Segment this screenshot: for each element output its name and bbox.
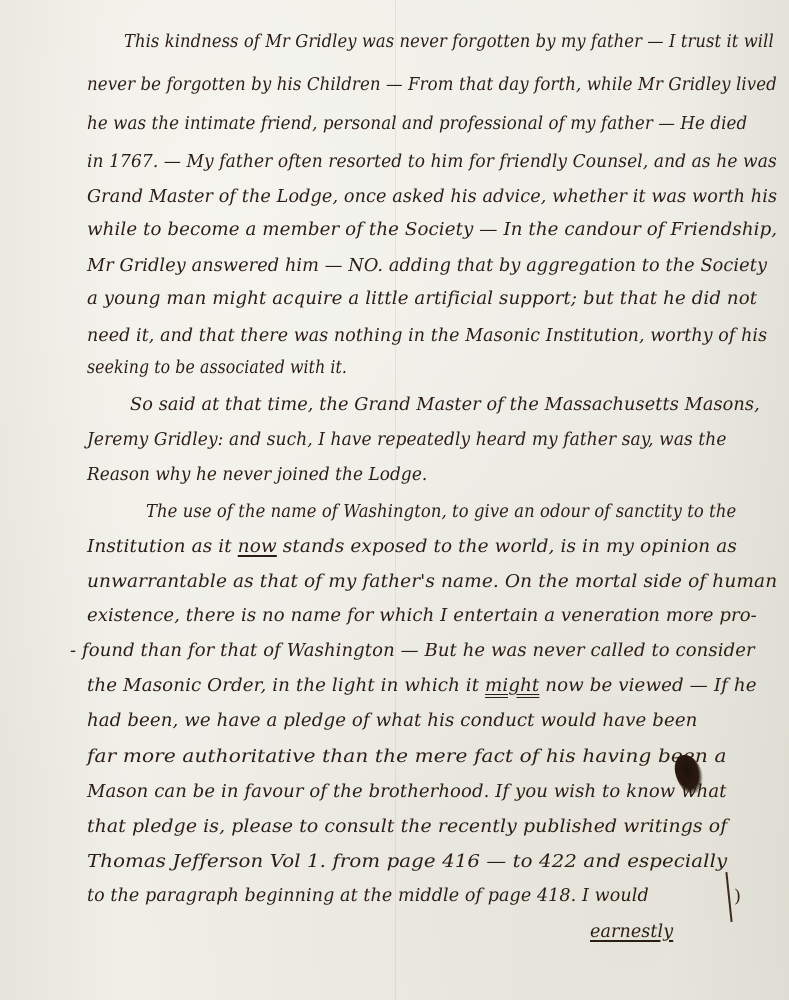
ink-stroke <box>725 872 732 922</box>
text-line: - found than for that of Washington — Bu… <box>70 641 755 661</box>
text-line: had been, we have a pledge of what his c… <box>87 711 697 731</box>
text-fragment: stands exposed to the world, is in my op… <box>277 537 737 557</box>
text-line: Jeremy Gridley: and such, I have repeate… <box>87 430 727 450</box>
paper-fold-line <box>395 0 396 1000</box>
text-line: seeking to be associated with it. <box>87 358 347 378</box>
text-line: Mason can be in favour of the brotherhoo… <box>87 782 727 802</box>
text-line: Reason why he never joined the Lodge. <box>87 465 427 485</box>
text-line: Mr Gridley answered him — NO. adding tha… <box>87 256 767 276</box>
text-line: he was the intimate friend, personal and… <box>87 114 747 134</box>
text-line: never be forgotten by his Children — Fro… <box>87 75 777 95</box>
text-line: The use of the name of Washington, to gi… <box>146 502 736 522</box>
underlined-word: now <box>238 537 277 557</box>
text-line: far more authoritative than the mere fac… <box>87 747 727 767</box>
text-line: need it, and that there was nothing in t… <box>87 326 767 346</box>
text-line: that pledge is, please to consult the re… <box>87 817 727 837</box>
catchword: earnestly <box>590 922 673 942</box>
text-line: This kindness of Mr Gridley was never fo… <box>124 32 774 52</box>
text-line: Thomas Jefferson Vol 1. from page 416 — … <box>87 852 727 872</box>
text-line: the Masonic Order, in the light in which… <box>87 676 757 696</box>
text-line: So said at that time, the Grand Master o… <box>130 395 760 415</box>
text-line: Institution as it now stands exposed to … <box>87 537 737 557</box>
text-fragment: Institution as it <box>87 537 238 557</box>
text-fragment: the Masonic Order, in the light in which… <box>87 676 485 696</box>
text-line: unwarrantable as that of my father's nam… <box>87 572 777 592</box>
text-line: while to become a member of the Society … <box>87 220 777 240</box>
manuscript-page: This kindness of Mr Gridley was never fo… <box>0 0 789 1000</box>
margin-mark: ) <box>734 886 741 907</box>
text-fragment: now be viewed — If he <box>539 676 756 696</box>
text-line: in 1767. — My father often resorted to h… <box>87 152 777 172</box>
text-line: existence, there is no name for which I … <box>87 606 757 626</box>
text-line: Grand Master of the Lodge, once asked hi… <box>87 187 777 207</box>
text-line: to the paragraph beginning at the middle… <box>87 886 649 906</box>
underlined-word: might <box>485 676 539 696</box>
text-line: a young man might acquire a little artif… <box>87 289 757 309</box>
